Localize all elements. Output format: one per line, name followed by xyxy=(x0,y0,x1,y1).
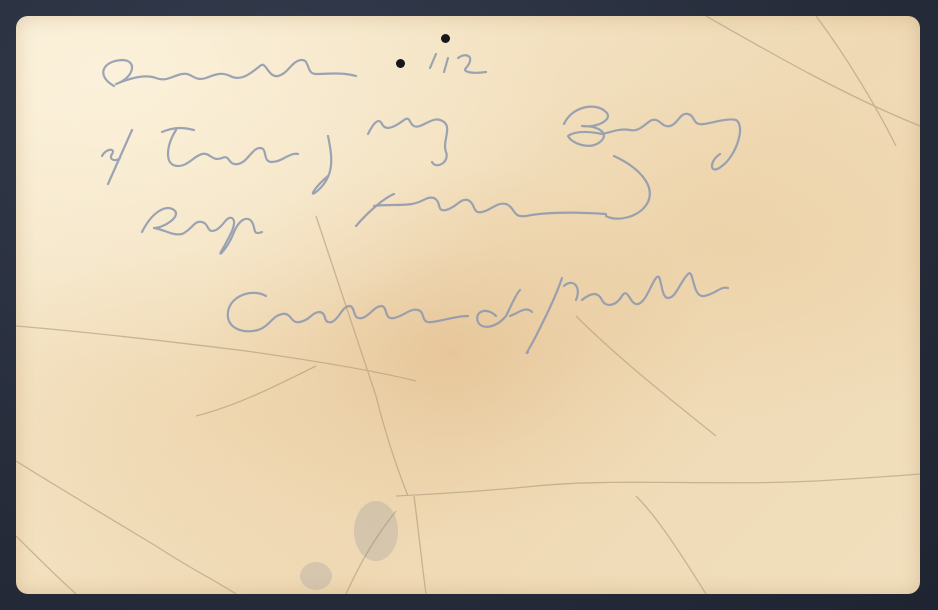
handwriting-line-address: Arrendaba 112 xyxy=(96,52,381,92)
handwriting-line-cross-streets: e/ Tejada y Díaz Benítez xyxy=(94,112,555,152)
scanned-card-image: Arrendaba 112 e/ Tejada y Díaz Benítez R… xyxy=(0,0,938,610)
handwriting-line-city: Regla Habana xyxy=(136,184,404,224)
handwriting-line-signature: Carmen del Valle xyxy=(224,268,585,312)
card-back: Arrendaba 112 e/ Tejada y Díaz Benítez R… xyxy=(16,16,920,594)
